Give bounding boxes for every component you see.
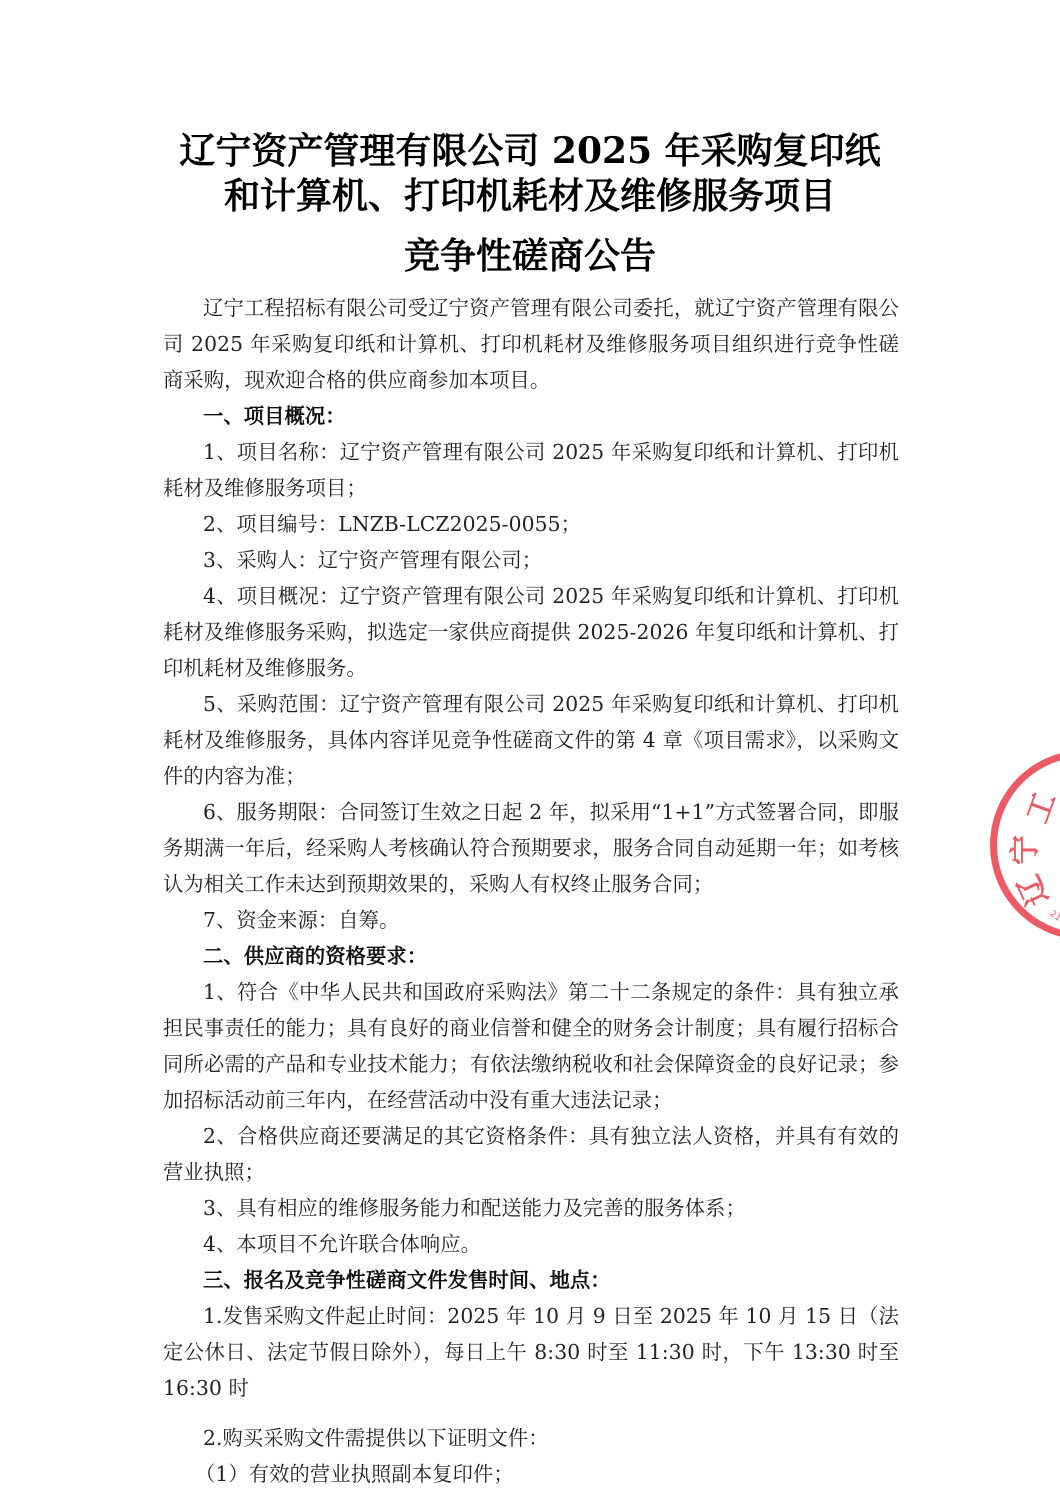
stamp-number: 210: [1048, 909, 1060, 927]
procurement-scope-item: 5、采购范围：辽宁资产管理有限公司 2025 年采购复印纸和计算机、打印机耗材及…: [163, 686, 899, 794]
qualification-item-3: 3、具有相应的维修服务能力和配送能力及完善的服务体系；: [163, 1190, 899, 1226]
qualification-item-4: 4、本项目不允许联合体响应。: [163, 1226, 899, 1262]
document-title-line-2: 和计算机、打印机耗材及维修服务项目: [140, 174, 920, 218]
qualification-item-1: 1、符合《中华人民共和国政府采购法》第二十二条规定的条件：具有独立承担民事责任的…: [163, 974, 899, 1118]
document-title-line-1: 辽宁资产管理有限公司 2025 年采购复印纸: [140, 129, 920, 173]
project-name-item: 1、项目名称：辽宁资产管理有限公司 2025 年采购复印纸和计算机、打印机耗材及…: [163, 434, 899, 506]
stamp-char: 辽: [1014, 870, 1054, 910]
project-summary-item: 4、项目概况：辽宁资产管理有限公司 2025 年采购复印纸和计算机、打印机耗材及…: [163, 578, 899, 686]
funding-source-item: 7、资金来源：自筹。: [163, 902, 899, 938]
project-number-item: 2、项目编号：LNZB-LCZ2025-0055；: [163, 506, 899, 542]
company-seal-stamp: 程 工 宁 辽 210: [990, 750, 1060, 940]
purchaser-item: 3、采购人：辽宁资产管理有限公司；: [163, 542, 899, 578]
required-documents-item: 2.购买采购文件需提供以下证明文件：: [163, 1420, 899, 1456]
service-period-item: 6、服务期限：合同签订生效之日起 2 年，拟采用“1+1”方式签署合同，即服务期…: [163, 794, 899, 902]
qualification-item-2: 2、合格供应商还要满足的其它资格条件：具有独立法人资格，并具有有效的营业执照；: [163, 1118, 899, 1190]
document-body: 辽宁工程招标有限公司受辽宁资产管理有限公司委托，就辽宁资产管理有限公司 2025…: [163, 290, 899, 1492]
section-heading-project-overview: 一、项目概况：: [163, 398, 899, 434]
business-license-item: （1）有效的营业执照副本复印件；: [163, 1456, 899, 1492]
intro-paragraph: 辽宁工程招标有限公司受辽宁资产管理有限公司委托，就辽宁资产管理有限公司 2025…: [163, 290, 899, 398]
stamp-char: 宁: [1011, 835, 1041, 865]
stamp-char: 工: [1023, 789, 1060, 827]
section-heading-supplier-qualifications: 二、供应商的资格要求：: [163, 938, 899, 974]
document-page: 辽宁资产管理有限公司 2025 年采购复印纸 和计算机、打印机耗材及维修服务项目…: [0, 0, 1060, 1500]
document-title-line-3: 竞争性磋商公告: [140, 234, 920, 278]
section-heading-registration: 三、报名及竞争性磋商文件发售时间、地点：: [163, 1262, 899, 1298]
sale-period-item: 1.发售采购文件起止时间：2025 年 10 月 9 日至 2025 年 10 …: [163, 1298, 899, 1406]
